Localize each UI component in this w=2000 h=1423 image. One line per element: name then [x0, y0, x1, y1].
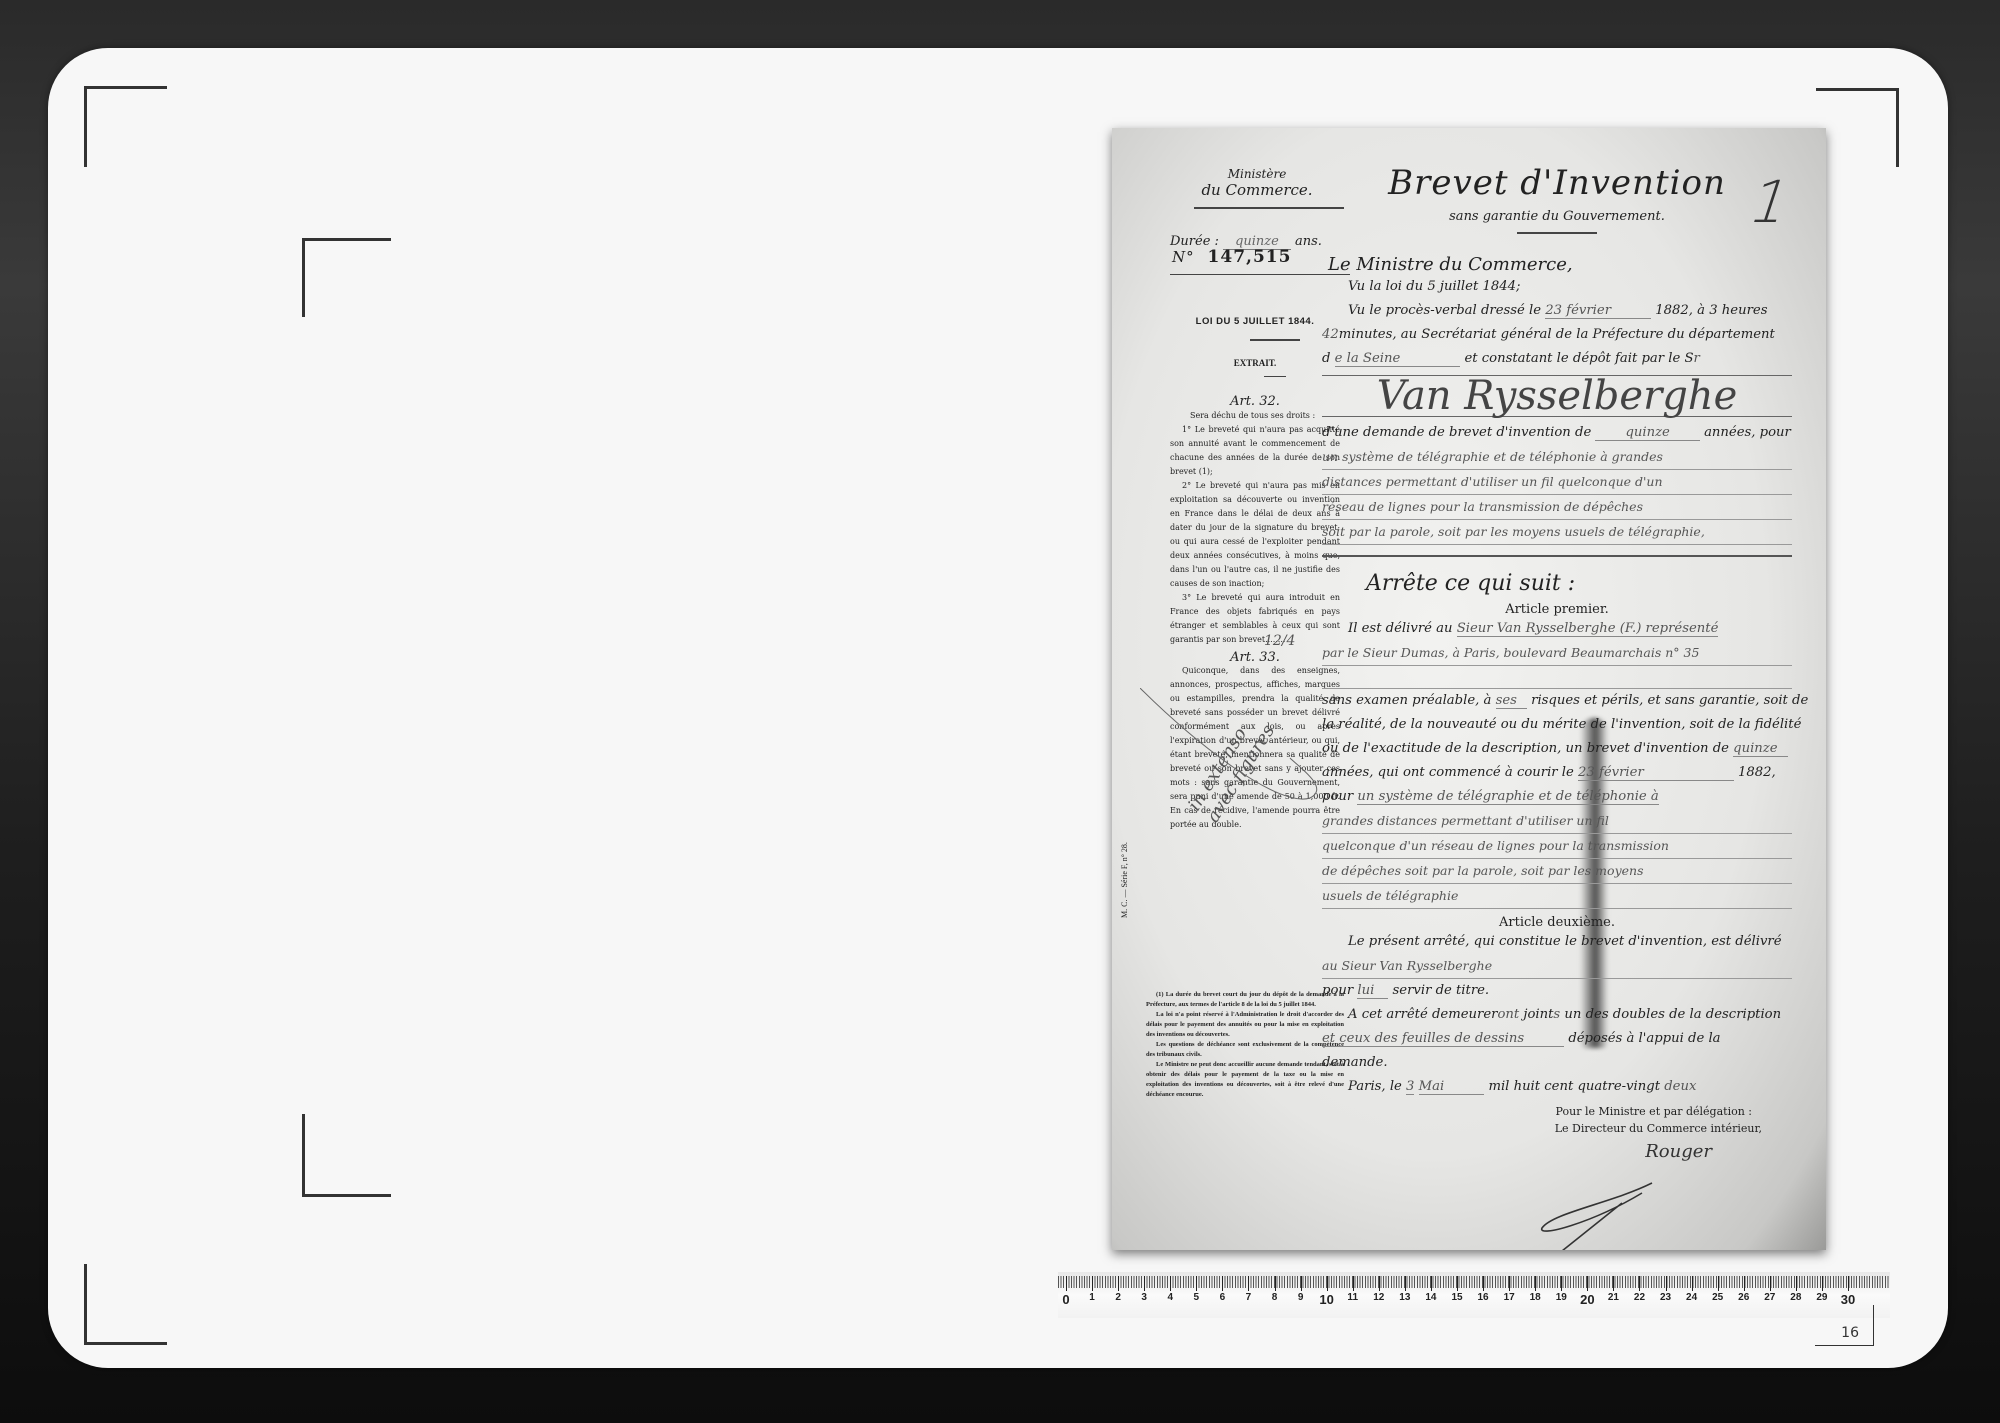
number-prefix: N°: [1172, 248, 1195, 266]
crop-mark-top-right-outer: [1816, 88, 1899, 167]
article-1-invention-line: de dépêches soit par la parole, soit par…: [1322, 859, 1792, 884]
ruler-major-tick: [1066, 1276, 1067, 1291]
duration-unit: ans.: [1295, 234, 1322, 249]
ruler-label: 25: [1712, 1292, 1723, 1303]
patent-document: Ministère du Commerce. Durée : quinze an…: [1112, 128, 1826, 1250]
right-column: Brevet d'Invention sans garantie du Gouv…: [1322, 163, 1792, 1162]
article-1-text: sans examen préalable, à ses risques et …: [1322, 689, 1792, 713]
form-code: M. C. — Série F, n° 28.: [1120, 842, 1129, 918]
ruler-label: 1: [1089, 1292, 1095, 1303]
invention-line: réseau de lignes pour la transmission de…: [1322, 495, 1792, 520]
delegation: Pour le Ministre et par délégation :: [1322, 1105, 1792, 1118]
article-1-agent: par le Sieur Dumas, à Paris, boulevard B…: [1322, 641, 1792, 666]
signature-flourish: [1532, 1173, 1702, 1250]
ruler-major-tick: [1692, 1276, 1693, 1291]
number-value: 147,515: [1208, 247, 1292, 267]
demande-line: d'une demande de brevet d'invention de q…: [1322, 421, 1792, 445]
ruler-label: 24: [1686, 1292, 1697, 1303]
article-2-title: Article deuxième.: [1322, 915, 1792, 930]
ruler-label: 18: [1530, 1292, 1541, 1303]
ruler-label: 0: [1062, 1292, 1069, 1307]
vu-proces-verbal: Vu le procès-verbal dressé le 23 février…: [1322, 299, 1792, 323]
ruler-major-tick: [1301, 1276, 1302, 1291]
department: e la Seine: [1335, 351, 1461, 367]
ruler-label: 20: [1580, 1292, 1594, 1307]
ruler-major-tick: [1587, 1276, 1588, 1291]
article-1-recipient: Il est délivré au Sieur Van Rysselberghe…: [1322, 617, 1792, 641]
ruler-label: 29: [1816, 1292, 1827, 1303]
ruler-major-tick: [1222, 1276, 1223, 1291]
pv-minutes-line: 42minutes, au Secrétariat général de la …: [1322, 323, 1792, 347]
divider: [1517, 232, 1597, 234]
invention-line: soit par la parole, soit par les moyens …: [1322, 520, 1792, 545]
article-2-line: A cet arrêté demeureront joints un des d…: [1322, 1003, 1792, 1027]
article-32-title: Art. 32.: [1170, 395, 1340, 409]
divider: [1250, 339, 1300, 341]
ruler-major-tick: [1405, 1276, 1406, 1291]
article-33-title: Art. 33.: [1170, 651, 1340, 665]
extract-heading: EXTRAIT.: [1170, 357, 1340, 371]
ruler-major-tick: [1613, 1276, 1614, 1291]
pv-year: 1882: [1655, 303, 1689, 318]
article-32-text: Sera déchu de tous ses droits : 1° Le br…: [1170, 409, 1340, 647]
article-2-line: Le présent arrêté, qui constitue le brev…: [1322, 930, 1792, 954]
document-title: Brevet d'Invention: [1322, 163, 1792, 203]
pv-minutes: 42: [1322, 327, 1339, 342]
ruler-major-tick: [1744, 1276, 1745, 1291]
vu-loi: Vu la loi du 5 juillet 1844;: [1322, 275, 1792, 299]
ruler-major-tick: [1353, 1276, 1354, 1291]
ruler-label: 19: [1556, 1292, 1567, 1303]
ministry-line-1: Ministère: [1174, 168, 1340, 182]
ruler-major-tick: [1666, 1276, 1667, 1291]
ruler-major-tick: [1327, 1276, 1328, 1291]
page-marker: 16: [1841, 1325, 1859, 1341]
applicant-name: Van Rysselberghe: [1322, 375, 1792, 417]
ruler-major-tick: [1431, 1276, 1432, 1291]
ruler-label: 17: [1504, 1292, 1515, 1303]
ruler-major-tick: [1170, 1276, 1171, 1291]
ruler-label: 4: [1167, 1292, 1173, 1303]
ruler-major-tick: [1639, 1276, 1640, 1291]
article-1-invention-line: quelconque d'un réseau de lignes pour la…: [1322, 834, 1792, 859]
margin-pen-stroke: [1140, 688, 1340, 848]
measurement-ruler: 0123456789101112131415161718192021222324…: [1058, 1272, 1890, 1318]
article-1-invention: pour un système de télégraphie et de tél…: [1322, 785, 1792, 809]
director-title: Le Directeur du Commerce intérieur,: [1322, 1122, 1792, 1135]
pv-date: 23 février: [1545, 303, 1651, 319]
ruler-label: 16: [1478, 1292, 1489, 1303]
blank-line: [1322, 666, 1792, 689]
article-1-title: Article premier.: [1322, 602, 1792, 617]
document-subtitle: sans garantie du Gouvernement.: [1322, 209, 1792, 224]
article-1-invention-line: usuels de télégraphie: [1322, 884, 1792, 909]
article-1-text: ou de l'exactitude de la description, un…: [1322, 737, 1792, 761]
ruler-major-tick: [1822, 1276, 1823, 1291]
ruler-major-tick: [1770, 1276, 1771, 1291]
ruler-major-tick: [1483, 1276, 1484, 1291]
ruler-major-tick: [1144, 1276, 1145, 1291]
ruler-label: 27: [1764, 1292, 1775, 1303]
ruler-label: 15: [1451, 1292, 1462, 1303]
ruler-label: 21: [1608, 1292, 1619, 1303]
ruler-label: 26: [1738, 1292, 1749, 1303]
crop-mark-top-left-outer: [84, 86, 167, 167]
ruler-ticks: [1058, 1276, 1890, 1288]
signature: Rouger: [1322, 1141, 1792, 1162]
ruler-major-tick: [1561, 1276, 1562, 1291]
ruler-label: 13: [1399, 1292, 1410, 1303]
ruler-major-tick: [1248, 1276, 1249, 1291]
ruler-major-tick: [1718, 1276, 1719, 1291]
article-2-line: demande.: [1322, 1051, 1792, 1075]
crop-mark-bottom-left-inner: [302, 1114, 391, 1197]
ruler-major-tick: [1196, 1276, 1197, 1291]
demande-duration: quinze: [1595, 425, 1699, 441]
ruler-major-tick: [1092, 1276, 1093, 1291]
ruler-label: 2: [1115, 1292, 1121, 1303]
ruler-label: 9: [1298, 1292, 1304, 1303]
ruler-major-tick: [1796, 1276, 1797, 1291]
divider: [1264, 376, 1286, 377]
ruler-major-tick: [1535, 1276, 1536, 1291]
divider: [1322, 555, 1792, 557]
ruler-major-tick: [1275, 1276, 1276, 1291]
article-2-line: et ceux des feuilles de dessins déposés …: [1322, 1027, 1792, 1051]
ruler-major-tick: [1457, 1276, 1458, 1291]
department-line: d e la Seine et constatant le dépôt fait…: [1322, 347, 1792, 371]
crop-mark-bottom-left-outer: [84, 1264, 167, 1345]
ruler-label: 7: [1246, 1292, 1252, 1303]
minister-heading: Le Ministre du Commerce,: [1328, 254, 1792, 275]
ruler-label: 6: [1220, 1292, 1226, 1303]
article-1-text: années, qui ont commencé à courir le 23 …: [1322, 761, 1792, 785]
margin-fraction-note: 12/4: [1264, 633, 1295, 649]
ruler-major-tick: [1848, 1276, 1849, 1291]
article-1-text: la réalité, de la nouveauté ou du mérite…: [1322, 713, 1792, 737]
ruler-major-tick: [1118, 1276, 1119, 1291]
ruler-label: 22: [1634, 1292, 1645, 1303]
invention-line: distances permettant d'utiliser un fil q…: [1322, 470, 1792, 495]
ruler-label: 11: [1347, 1292, 1358, 1303]
crop-mark-top-left-inner: [302, 238, 391, 317]
article-2-recipient: au Sieur Van Rysselberghe: [1322, 954, 1792, 979]
ruler-label: 10: [1319, 1292, 1333, 1307]
ruler-major-tick: [1509, 1276, 1510, 1291]
ministry-line-2: du Commerce.: [1174, 184, 1340, 198]
invention-line: un système de télégraphie et de téléphon…: [1322, 445, 1792, 470]
ruler-label: 3: [1141, 1292, 1147, 1303]
arrete-heading: Arrête ce qui suit :: [1366, 571, 1792, 596]
ruler-label: 23: [1660, 1292, 1671, 1303]
footnotes: (1) La durée du brevet court du jour du …: [1146, 990, 1344, 1100]
article-2-line: pour lui servir de titre.: [1322, 979, 1792, 1003]
ruler-label: 28: [1790, 1292, 1801, 1303]
ruler-label: 5: [1194, 1292, 1200, 1303]
patent-number: N° 147,515: [1172, 251, 1340, 265]
law-heading: LOI DU 5 JUILLET 1844.: [1170, 315, 1340, 329]
ruler-label: 8: [1272, 1292, 1278, 1303]
ruler-label: 12: [1373, 1292, 1384, 1303]
article-1-invention-line: grandes distances permettant d'utiliser …: [1322, 809, 1792, 834]
ruler-label: 14: [1425, 1292, 1436, 1303]
issue-date: Paris, le 3 Mai mil huit cent quatre-vin…: [1322, 1075, 1792, 1099]
page-marker-box: 16: [1815, 1305, 1874, 1346]
ruler-major-tick: [1379, 1276, 1380, 1291]
